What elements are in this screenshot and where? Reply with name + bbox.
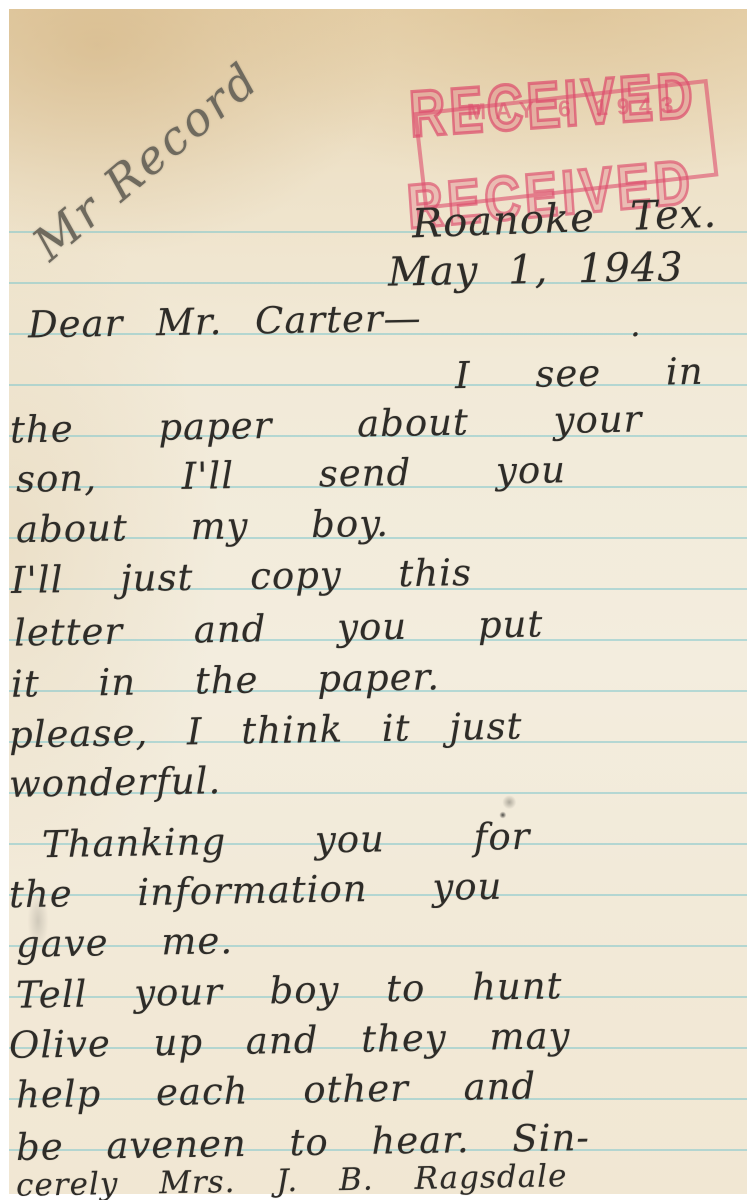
stray-ink-dot: . (630, 305, 641, 345)
heading-date: May 1, 1943 (388, 244, 685, 295)
letter-line: it in the paper. (11, 655, 441, 705)
letter-line: the information you (9, 865, 503, 917)
gray-smudge (21, 881, 55, 961)
letter-line: I see in (455, 350, 704, 397)
ink-smudge (495, 791, 521, 823)
letter-line: please, I think it just (9, 705, 523, 757)
letter-line: about my boy. (16, 502, 390, 552)
letter-line: letter and you put (14, 602, 544, 654)
letter-line: wonderful. (9, 759, 222, 806)
salutation: Dear Mr. Carter— (28, 297, 422, 347)
letter-line: Thanking you for (42, 815, 531, 867)
letter-line: help each other and (16, 1064, 537, 1116)
letter-paper: Mr Record RECEIVED MAY 6 1943 RECEIVED R… (9, 9, 747, 1194)
letter-line: I'll just copy this (11, 551, 473, 602)
